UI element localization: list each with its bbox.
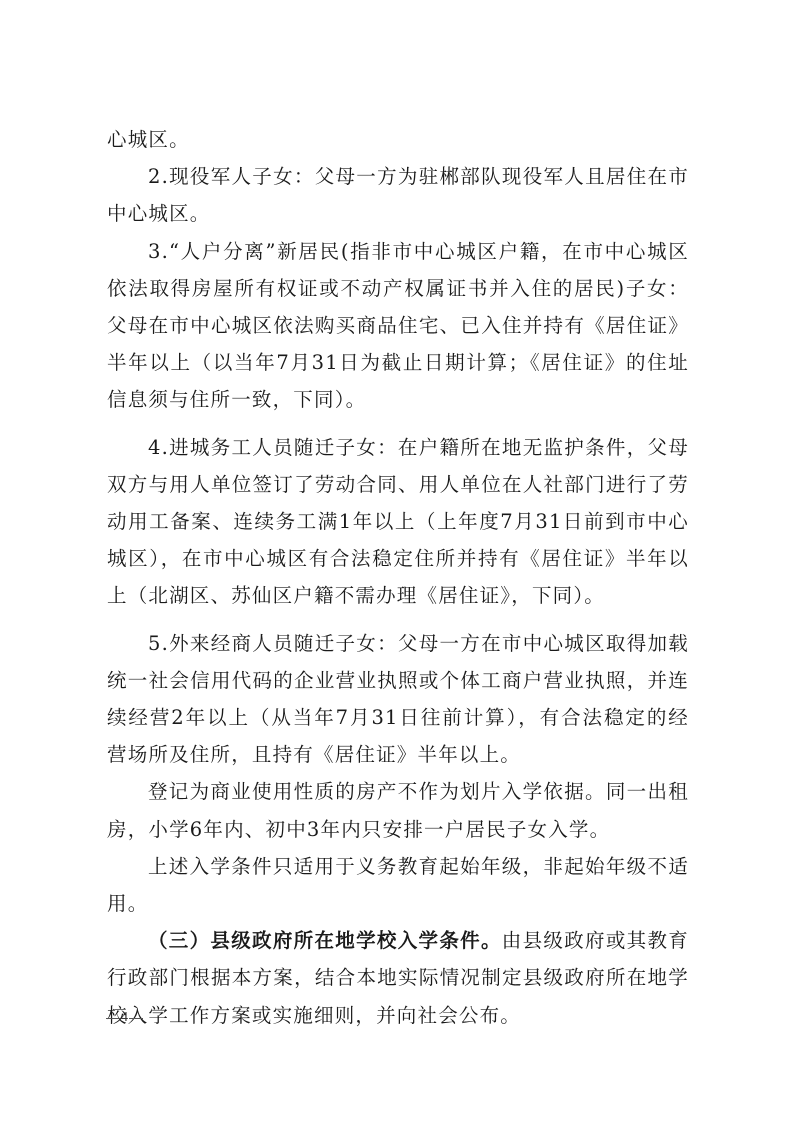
paragraph-military-children: 2.现役军人子女：父母一方为驻郴部队现役军人且居住在市中心城区。 xyxy=(107,158,689,232)
paragraph-gap xyxy=(107,615,689,625)
page-number-dash-right xyxy=(129,1018,143,1019)
document-page: 心城区。 2.现役军人子女：父母一方为驻郴部队现役军人且居住在市中心城区。 3.… xyxy=(0,0,793,1122)
page-number-value: 4 xyxy=(120,1010,129,1026)
paragraph-new-residents: 3.“人户分离”新居民(指非市中心城区户籍，在市中心城区依法取得房屋所有权证或不… xyxy=(107,233,689,419)
paragraph-commercial-property: 登记为商业使用性质的房产不作为划片入学依据。同一出租房，小学6年内、初中3年内只… xyxy=(107,773,689,847)
document-body: 心城区。 2.现役军人子女：父母一方为驻郴部队现役军人且居住在市中心城区。 3.… xyxy=(107,121,689,1034)
page-number-dash-left xyxy=(106,1018,120,1019)
section-county-schools: （三）县级政府所在地学校入学条件。由县级政府或其教育行政部门根据本方案，结合本地… xyxy=(107,922,689,1034)
paragraph-business-persons: 5.外来经商人员随迁子女：父母一方在市中心城区取得加载统一社会信用代码的企业营业… xyxy=(107,625,689,774)
section-heading: （三）县级政府所在地学校入学条件。 xyxy=(148,929,502,952)
paragraph-migrant-workers: 4.进城务工人员随迁子女：在户籍所在地无监护条件，父母双方与用人单位签订了劳动合… xyxy=(107,429,689,615)
paragraph-gap xyxy=(107,419,689,429)
paragraph-continuation: 心城区。 xyxy=(107,121,689,158)
paragraph-applicability: 上述入学条件只适用于义务教育起始年级，非起始年级不适用。 xyxy=(107,848,689,922)
page-number: 4 xyxy=(106,1010,143,1026)
